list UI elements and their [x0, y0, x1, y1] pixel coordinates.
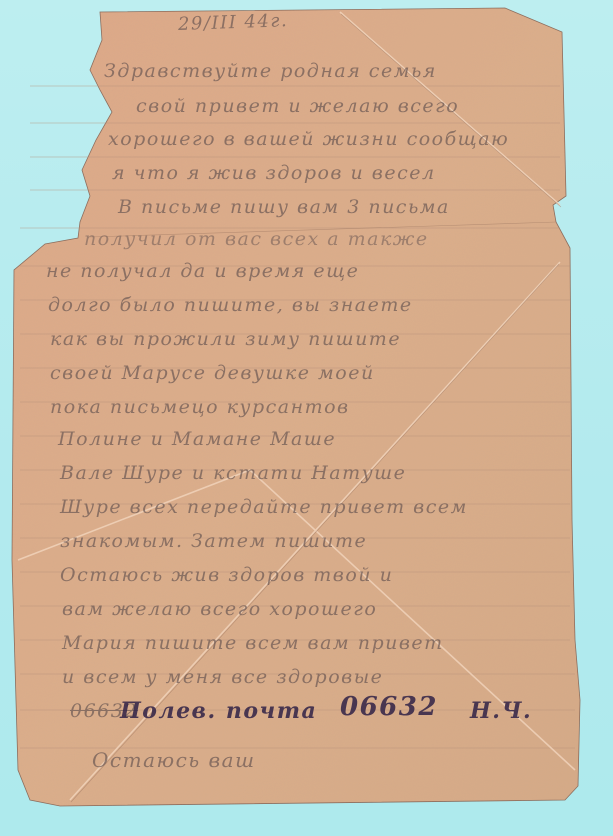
paper-shape: [0, 0, 613, 836]
letter-paper: [0, 0, 613, 836]
